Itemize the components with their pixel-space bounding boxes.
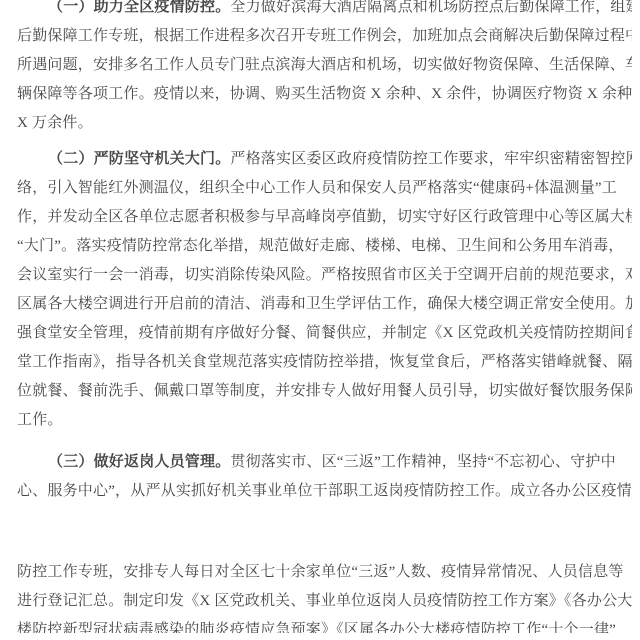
text-line: （一）助力全区疫情防控。全力做好滨海大酒店隔离点和机场防控点后勤保障工作，组建 (17, 0, 632, 22)
page-break-gap (17, 506, 632, 558)
line-text: 严格落实区委区政府疫情防控工作要求，牢牢织密精密智控网 (230, 151, 632, 167)
text-line: 工作。 (17, 406, 632, 435)
line-text: X 万余件。 (17, 115, 93, 131)
text-line: 楼防控新型冠状病毒感染的肺炎疫情应急预案》《区属各办公大楼疫情防控工作“十个一律… (17, 616, 632, 633)
text-line: 辆保障等各项工作。疫情以来，协调、购买生活物资 X 余种、X 余件，协调医疗物资… (17, 80, 632, 109)
text-line: “大门”。落实疫情防控常态化举措，规范做好走廊、楼梯、电梯、卫生间和公务用车消毒… (17, 232, 632, 261)
line-text: 络，引入智能红外测温仪，组织全中心工作人员和保安人员严格落实“健康码+体温测量”… (17, 180, 617, 196)
section-1-heading: （一）助力全区疫情防控。 (48, 0, 230, 15)
line-text: 区属各大楼空调进行开启前的清洁、消毒和卫生学评估工作，确保大楼空调正常安全使用。… (17, 296, 632, 312)
document-page: （一）助力全区疫情防控。全力做好滨海大酒店隔离点和机场防控点后勤保障工作，组建 … (0, 0, 640, 633)
text-line: 络，引入智能红外测温仪，组织全中心工作人员和保安人员严格落实“健康码+体温测量”… (17, 174, 632, 203)
text-line: 后勤保障工作专班，根据工作进程多次召开专班工作例会，加班加点会商解决后勤保障过程… (17, 22, 632, 51)
line-text: 楼防控新型冠状病毒感染的肺炎疫情应急预案》《区属各办公大楼疫情防控工作“十个一律… (17, 622, 616, 633)
text-line: 所遇问题，安排多名工作人员专门驻点滨海大酒店和机场，切实做好物资保障、生活保障、… (17, 51, 632, 80)
section-3-heading: （三）做好返岗人员管理。 (48, 454, 230, 470)
text-line: 防控工作专班，安排专人每日对全区七十余家单位“三返”人数、疫情异常情况、人员信息… (17, 558, 632, 587)
line-text: 所遇问题，安排多名工作人员专门驻点滨海大酒店和机场，切实做好物资保障、生活保障、… (17, 57, 632, 73)
text-line: 会议室实行一会一消毒，切实消除传染风险。严格按照省市区关于空调开启前的规范要求，… (17, 261, 632, 290)
line-text: 全力做好滨海大酒店隔离点和机场防控点后勤保障工作，组建 (230, 0, 632, 15)
text-line: 堂工作指南》，指导各机关食堂规范落实疫情防控举措，恢复堂食后，严格落实错峰就餐、… (17, 348, 632, 377)
text-line: 进行登记汇总。制定印发《X 区党政机关、事业单位返岗人员疫情防控工作方案》《各办… (17, 587, 632, 616)
text-line: 心、服务中心”，从严从实抓好机关事业单位干部职工返岗疫情防控工作。成立各办公区疫… (17, 477, 632, 506)
line-text: 强食堂安全管理，疫情前期有序做好分餐、简餐供应，并制定《X 区党政机关疫情防控期… (17, 325, 632, 341)
text-line: 位就餐、餐前洗手、佩戴口罩等制度，并安排专人做好用餐人员引导，切实做好餐饮服务保… (17, 377, 632, 406)
line-text: 会议室实行一会一消毒，切实消除传染风险。严格按照省市区关于空调开启前的规范要求，… (17, 267, 632, 283)
text-line: （三）做好返岗人员管理。贯彻落实市、区“三返”工作精神，坚持“不忘初心、守护中 (17, 448, 632, 477)
line-text: 贯彻落实市、区“三返”工作精神，坚持“不忘初心、守护中 (230, 454, 615, 470)
line-text: 位就餐、餐前洗手、佩戴口罩等制度，并安排专人做好用餐人员引导，切实做好餐饮服务保… (17, 383, 632, 399)
line-text: 心、服务中心”，从严从实抓好机关事业单位干部职工返岗疫情防控工作。成立各办公区疫… (17, 483, 632, 499)
line-text: 进行登记汇总。制定印发《X 区党政机关、事业单位返岗人员疫情防控工作方案》《各办… (17, 593, 632, 609)
text-line: 强食堂安全管理，疫情前期有序做好分餐、简餐供应，并制定《X 区党政机关疫情防控期… (17, 319, 632, 348)
text-line: X 万余件。 (17, 109, 632, 138)
line-text: 堂工作指南》，指导各机关食堂规范落实疫情防控举措，恢复堂食后，严格落实错峰就餐、… (17, 354, 632, 370)
text-line: （二）严防坚守机关大门。严格落实区委区政府疫情防控工作要求，牢牢织密精密智控网 (17, 145, 632, 174)
text-line: 作，并发动全区各单位志愿者积极参与早高峰岗亭值勤，切实守好区行政管理中心等区属大… (17, 203, 632, 232)
line-text: “大门”。落实疫情防控常态化举措，规范做好走廊、楼梯、电梯、卫生间和公务用车消毒… (17, 238, 624, 254)
line-text: 后勤保障工作专班，根据工作进程多次召开专班工作例会，加班加点会商解决后勤保障过程… (17, 28, 632, 44)
section-2-heading: （二）严防坚守机关大门。 (48, 151, 230, 167)
line-text: 作，并发动全区各单位志愿者积极参与早高峰岗亭值勤，切实守好区行政管理中心等区属大… (17, 209, 632, 225)
line-text: 防控工作专班，安排专人每日对全区七十余家单位“三返”人数、疫情异常情况、人员信息… (17, 564, 624, 580)
line-text: 辆保障等各项工作。疫情以来，协调、购买生活物资 X 余种、X 余件，协调医疗物资… (17, 86, 632, 102)
line-text: 工作。 (17, 412, 63, 428)
text-line: 区属各大楼空调进行开启前的清洁、消毒和卫生学评估工作，确保大楼空调正常安全使用。… (17, 290, 632, 319)
